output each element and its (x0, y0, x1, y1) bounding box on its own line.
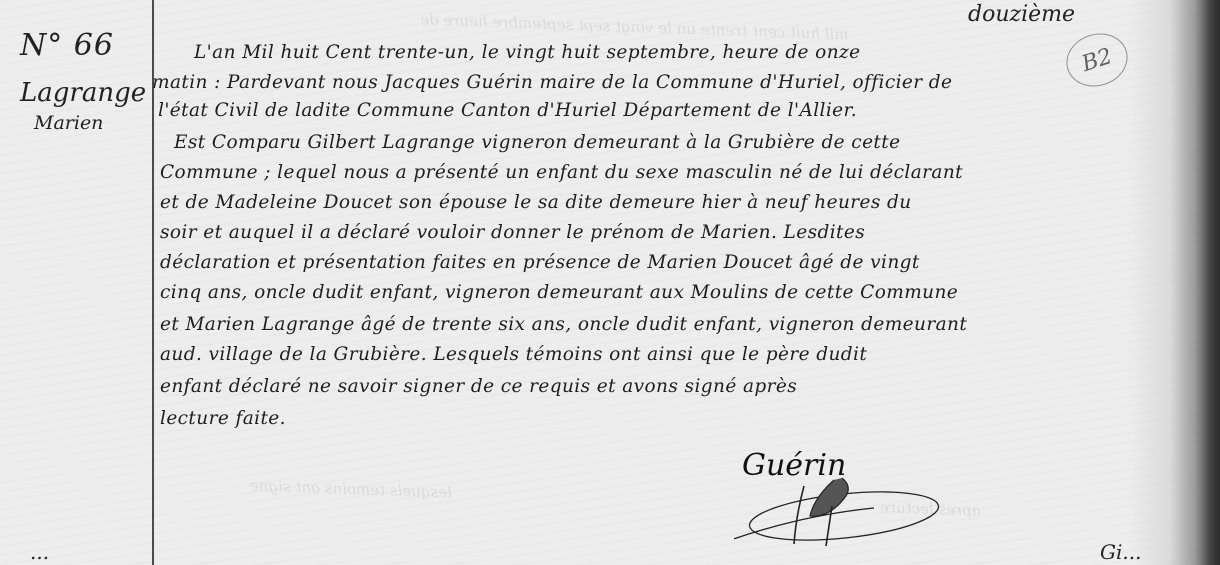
record-line: Commune ; lequel nous a présenté un enfa… (160, 162, 963, 183)
bleed-through-text: mil huit cent trente un le vingt sept se… (420, 11, 849, 44)
record-line: et Marien Lagrange âgé de trente six ans… (160, 314, 967, 335)
register-page: mil huit cent trente un le vingt sept se… (0, 0, 1220, 565)
margin-surname: Lagrange (20, 78, 146, 108)
record-line: Est Comparu Gilbert Lagrange vigneron de… (174, 132, 900, 153)
record-line: cinq ans, oncle dudit enfant, vigneron d… (160, 282, 958, 303)
record-line: soir et auquel il a déclaré vouloir donn… (160, 222, 865, 243)
record-line: déclaration et présentation faites en pr… (160, 252, 920, 273)
record-line: L'an Mil huit Cent trente-un, le vingt h… (194, 42, 861, 63)
register-stamp: B2 (1059, 26, 1134, 95)
next-record-fragment: ... (30, 540, 49, 564)
record-number: N° 66 (20, 28, 114, 63)
record-line: et de Madeleine Doucet son épouse le sa … (160, 192, 912, 213)
ordinal-header: douzième (968, 2, 1075, 27)
record-line: enfant déclaré ne savoir signer de ce re… (160, 376, 797, 397)
record-line: aud. village de la Grubière. Lesquels té… (160, 344, 867, 365)
signature-flourish-icon (734, 446, 964, 546)
stamp-text: B2 (1079, 43, 1115, 76)
record-line: lecture faite. (160, 408, 286, 429)
record-line: matin : Pardevant nous Jacques Guérin ma… (152, 72, 952, 93)
next-record-fragment: Gi... (1100, 540, 1141, 564)
mayor-signature: Guérin (734, 446, 964, 546)
margin-given-name: Marien (34, 112, 103, 134)
record-line: l'état Civil de ladite Commune Canton d'… (158, 100, 857, 121)
bleed-through-text: lesquels temoins ont signe (250, 476, 452, 501)
